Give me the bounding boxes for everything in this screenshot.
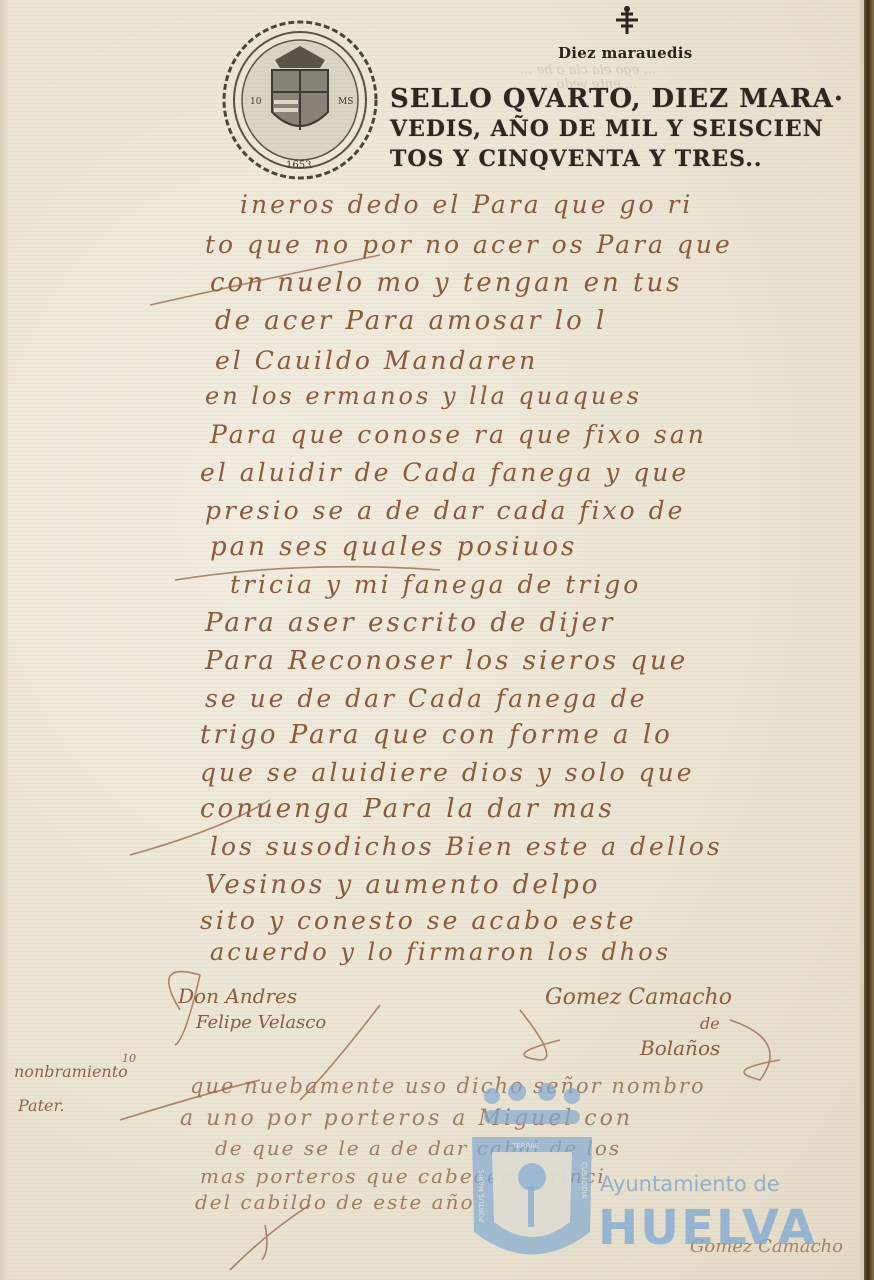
signature-left-line-2: Felipe Velasco [196, 1012, 326, 1033]
svg-text:PORTUS MARIS: PORTUS MARIS [478, 1169, 486, 1222]
document-page: ... ego ela cla o be ... ... ente vedo .… [0, 0, 874, 1280]
watermark-institution: Ayuntamiento de [600, 1172, 780, 1196]
closing-line: del cabildo de este año [195, 1190, 475, 1214]
huelva-coat-of-arms-icon: TERRAE PORTUS MARIS CUSTODIA [462, 1082, 602, 1272]
svg-text:MS: MS [338, 97, 353, 107]
stamp-header-line-3: TOS Y CINQVENTA Y TRES.. [390, 146, 763, 172]
body-line: se ue de dar Cada fanega de [205, 684, 648, 713]
margin-note-line-1: nonbramiento [14, 1062, 128, 1081]
signature-right-line-3: Bolaños [640, 1036, 720, 1060]
body-line: que se aluidiere dios y solo que [200, 758, 695, 787]
body-line: acuerdo y lo firmaron los dhos [210, 938, 671, 966]
body-line: el Cauildo Mandaren [215, 346, 538, 375]
body-line: tricia y mi fanega de trigo [230, 570, 641, 599]
svg-text:CUSTODIA: CUSTODIA [580, 1162, 588, 1199]
body-line: el aluidir de Cada fanega y que [200, 458, 689, 487]
bleed-through-line: ... ego ela cla o be ... [520, 63, 656, 78]
stamp-header-line-2: VEDIS, AÑO DE MIL Y SEISCIEN [390, 116, 824, 142]
body-line: Para que conose ra que fixo san [210, 420, 707, 449]
body-line: pan ses quales posiuos [210, 532, 577, 562]
signature-right-line-1: Gomez Camacho [545, 985, 732, 1010]
binding-frame [864, 0, 874, 1280]
stamp-header-line-1: SELLO QVARTO, DIEZ MARA· [390, 84, 844, 114]
body-line: to que no por no acer os Para que [205, 230, 733, 259]
svg-text:TERRAE: TERRAE [511, 1142, 539, 1150]
closing-line: que nuebamente uso dicho señor nombro [190, 1074, 706, 1098]
signature-right-line-2: de [700, 1014, 720, 1033]
body-line: trigo Para que con forme a lo [200, 720, 673, 750]
body-line: Para aser escrito de dijer [205, 608, 615, 638]
cross-mark-icon [612, 4, 642, 36]
body-line: de acer Para amosar lo l [215, 306, 607, 336]
body-line: con nuelo mo y tengan en tus [210, 268, 683, 298]
body-line: ineros dedo el Para que go ri [240, 190, 693, 219]
body-line: Vesinos y aumento delpo [205, 870, 600, 900]
page-left-edge [0, 0, 8, 1280]
royal-seal-icon: 10 MS 1653 [220, 20, 380, 180]
body-line: sito y conesto se acabo este [200, 906, 637, 935]
body-line: Para Reconoser los sieros que [205, 646, 688, 676]
signature-left-line-1: Don Andres [178, 984, 297, 1008]
stamp-denomination: Diez marauedis [558, 44, 692, 62]
watermark-city: HUELVA [598, 1200, 817, 1256]
body-line: presio se a de dar cada fixo de [205, 496, 685, 525]
body-line: conuenga Para la dar mas [200, 794, 615, 824]
svg-text:1653: 1653 [286, 160, 311, 171]
body-line: los susodichos Bien este a dellos [210, 832, 723, 861]
margin-note-line-2: Pater. [18, 1096, 64, 1115]
body-line: en los ermanos y lla quaques [205, 382, 642, 410]
svg-text:10: 10 [250, 97, 262, 107]
